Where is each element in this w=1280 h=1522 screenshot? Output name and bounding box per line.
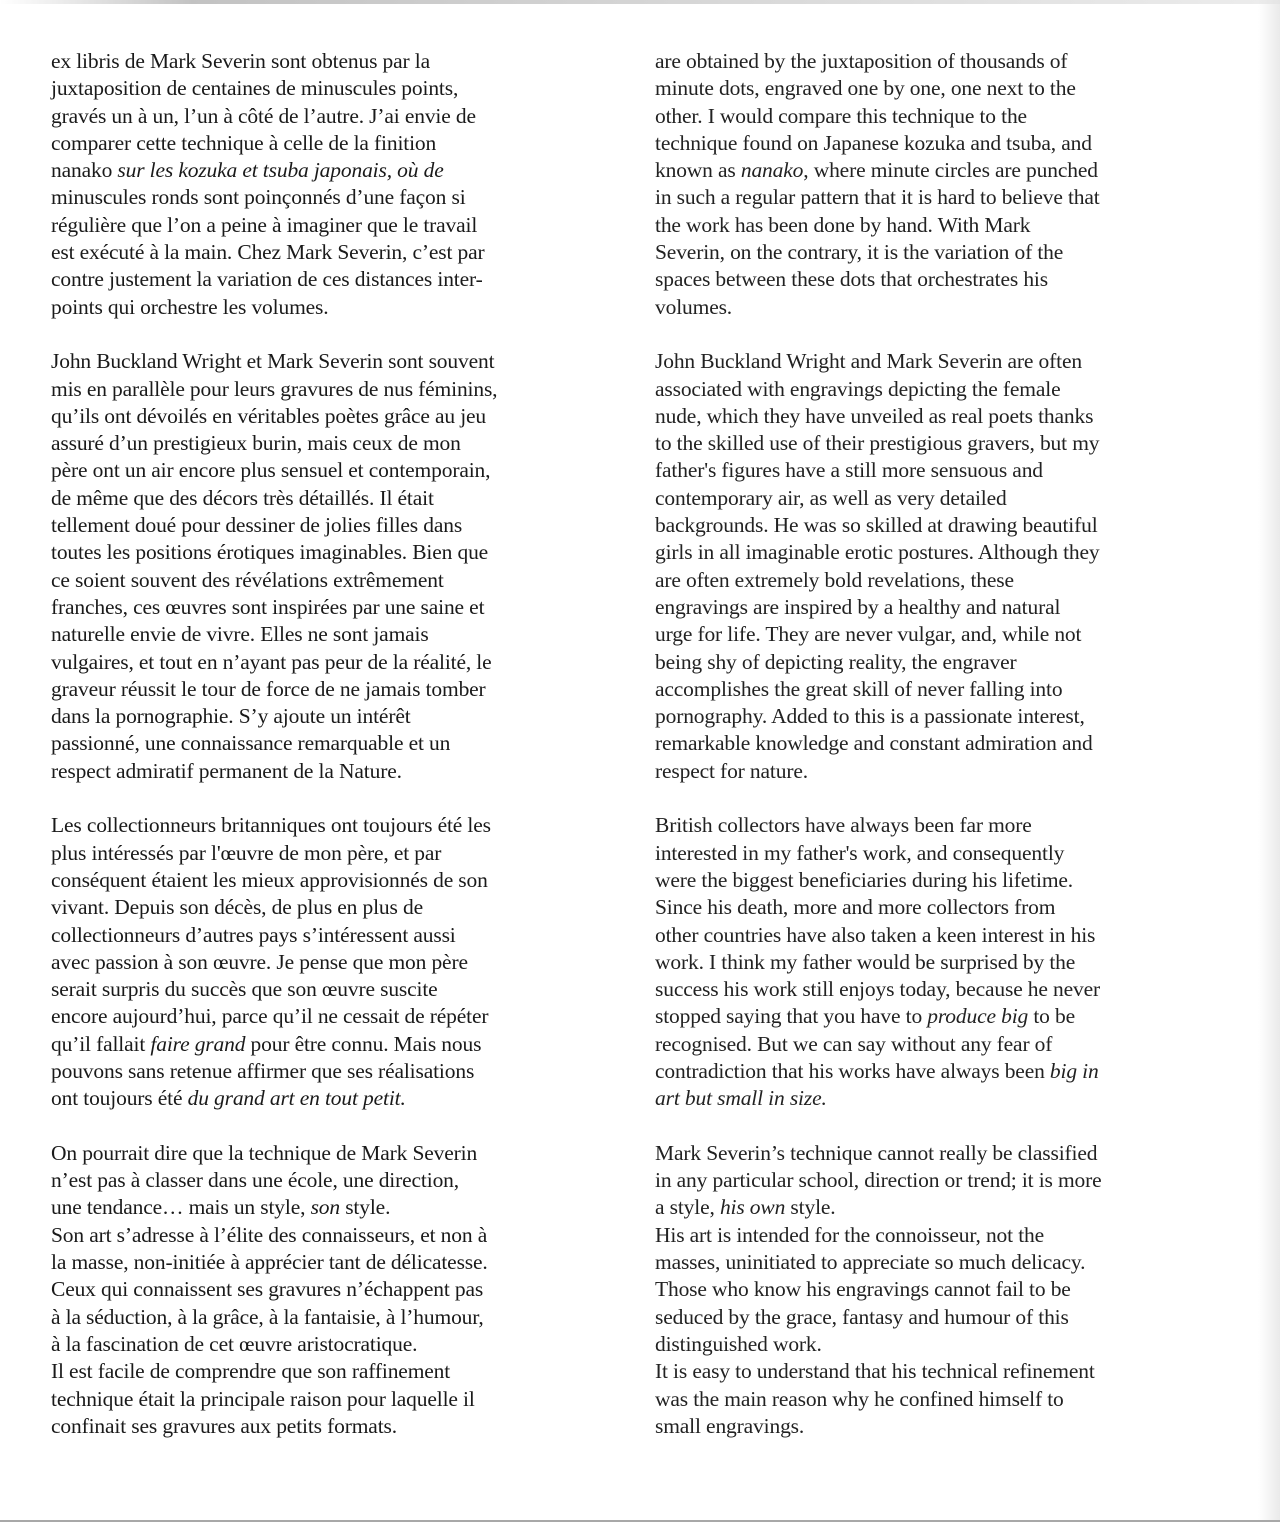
text-line: dans la pornographie. S’y ajoute un inté… [51,703,631,730]
text-line: British collectors have always been far … [655,812,1235,839]
text-line: Severin, on the contrary, it is the vari… [655,239,1235,266]
text-segment: known as [655,158,741,182]
text-line: graveur réussit le tour de force de ne j… [51,676,631,703]
text-line: being shy of depicting reality, the engr… [655,649,1235,676]
text-line: backgrounds. He was so skilled at drawin… [655,512,1235,539]
text-line: contemporary air, as well as very detail… [655,485,1235,512]
paragraph: ex libris de Mark Severin sont obtenus p… [51,48,631,321]
text-line: gravés un à un, l’un à côté de l’autre. … [51,103,631,130]
text-line: in any particular school, direction or t… [655,1167,1235,1194]
text-line: contre justement la variation de ces dis… [51,266,631,293]
italic-emphasis: art but small in size. [655,1086,827,1110]
text-line: minute dots, engraved one by one, one ne… [655,75,1235,102]
text-line: Son art s’adresse à l’élite des connaiss… [51,1222,631,1249]
paragraph-gap [655,1113,1235,1140]
text-line: confinait ses gravures aux petits format… [51,1413,631,1440]
italic-emphasis: du grand art en tout petit. [188,1086,406,1110]
paragraph: John Buckland Wright et Mark Severin son… [51,348,631,785]
text-line: ce soient souvent des révélations extrêm… [51,567,631,594]
text-line: naturelle envie de vivre. Elles ne sont … [51,621,631,648]
text-line: régulière que l’on a peine à imaginer qu… [51,212,631,239]
text-line: Il est facile de comprendre que son raff… [51,1358,631,1385]
text-line: other. I would compare this technique to… [655,103,1235,130]
text-line: are often extremely bold revelations, th… [655,567,1235,594]
text-line: avec passion à son œuvre. Je pense que m… [51,949,631,976]
text-segment: to be [1028,1004,1075,1028]
text-line: Mark Severin’s technique cannot really b… [655,1140,1235,1167]
text-line: John Buckland Wright and Mark Severin ar… [655,348,1235,375]
text-line: nanako sur les kozuka et tsuba japonais,… [51,157,631,184]
text-line: encore aujourd’hui, parce qu’il ne cessa… [51,1003,631,1030]
text-line: girls in all imaginable erotic postures.… [655,539,1235,566]
text-line: ont toujours été du grand art en tout pe… [51,1085,631,1112]
text-line: On pourrait dire que la technique de Mar… [51,1140,631,1167]
text-line: serait surpris du succès que son œuvre s… [51,976,631,1003]
text-line: seduced by the grace, fantasy and humour… [655,1304,1235,1331]
text-line: ex libris de Mark Severin sont obtenus p… [51,48,631,75]
text-line: qu’il fallait faire grand pour être conn… [51,1031,631,1058]
text-line: tellement doué pour dessiner de jolies f… [51,512,631,539]
text-line: père ont un air encore plus sensuel et c… [51,457,631,484]
text-line: volumes. [655,294,1235,321]
text-line: technique found on Japanese kozuka and t… [655,130,1235,157]
paragraph-gap [51,785,631,812]
text-segment: nanako [51,158,112,182]
paragraph: are obtained by the juxtaposition of tho… [655,48,1235,321]
text-segment: style. [785,1195,835,1219]
text-line: engravings are inspired by a healthy and… [655,594,1235,621]
text-line: Since his death, more and more collector… [655,894,1235,921]
text-line: associated with engravings depicting the… [655,376,1235,403]
text-line: recognised. But we can say without any f… [655,1031,1235,1058]
text-segment: qu’il fallait [51,1032,150,1056]
italic-emphasis: big in [1050,1059,1099,1083]
text-line: plus intéressés par l'œuvre de mon père,… [51,840,631,867]
text-line: a style, his own style. [655,1194,1235,1221]
text-line: est exécuté à la main. Chez Mark Severin… [51,239,631,266]
italic-emphasis: faire grand [150,1032,245,1056]
text-line: father's figures have a still more sensu… [655,457,1235,484]
text-line: It is easy to understand that his techni… [655,1358,1235,1385]
text-line: passionné, une connaissance remarquable … [51,730,631,757]
text-line: pornography. Added to this is a passiona… [655,703,1235,730]
text-line: other countries have also taken a keen i… [655,922,1235,949]
text-line: toutes les positions érotiques imaginabl… [51,539,631,566]
text-segment: a style, [655,1195,720,1219]
text-line: qu’ils ont dévoilés en véritables poètes… [51,403,631,430]
text-line: assuré d’un prestigieux burin, mais ceux… [51,430,631,457]
text-line: minuscules ronds sont poinçonnés d’une f… [51,184,631,211]
text-line: contradiction that his works have always… [655,1058,1235,1085]
text-line: in such a regular pattern that it is har… [655,184,1235,211]
text-segment: une tendance… mais un style, [51,1195,311,1219]
text-segment: stopped saying that you have to [655,1004,927,1028]
text-line: were the biggest beneficiaries during hi… [655,867,1235,894]
text-line: vivant. Depuis son décès, de plus en plu… [51,894,631,921]
text-line: une tendance… mais un style, son style. [51,1194,631,1221]
paragraph: John Buckland Wright and Mark Severin ar… [655,348,1235,785]
paragraph-gap [51,1113,631,1140]
text-line: the work has been done by hand. With Mar… [655,212,1235,239]
text-line: respect for nature. [655,758,1235,785]
text-segment: , where minute circles are punched [803,158,1098,182]
text-line: Les collectionneurs britanniques ont tou… [51,812,631,839]
text-line: la masse, non-initiée à apprécier tant d… [51,1249,631,1276]
text-line: comparer cette technique à celle de la f… [51,130,631,157]
text-line: small engravings. [655,1413,1235,1440]
text-line: collectionneurs d’autres pays s’intéress… [51,922,631,949]
text-line: masses, uninitiated to appreciate so muc… [655,1249,1235,1276]
text-line: vulgaires, et tout en n’ayant pas peur d… [51,649,631,676]
paragraph-gap [51,321,631,348]
text-line: known as nanako, where minute circles ar… [655,157,1235,184]
text-line: are obtained by the juxtaposition of tho… [655,48,1235,75]
text-line: John Buckland Wright et Mark Severin son… [51,348,631,375]
italic-emphasis: produce big [927,1004,1028,1028]
text-line: points qui orchestre les volumes. [51,294,631,321]
text-line: work. I think my father would be surpris… [655,949,1235,976]
text-line: spaces between these dots that orchestra… [655,266,1235,293]
paragraph-gap [655,321,1235,348]
text-line: His art is intended for the connoisseur,… [655,1222,1235,1249]
text-line: à la séduction, à la grâce, à la fantais… [51,1304,631,1331]
text-line: n’est pas à classer dans une école, une … [51,1167,631,1194]
text-line: art but small in size. [655,1085,1235,1112]
italic-emphasis: his own [720,1195,785,1219]
page-gutter-shadow [1258,0,1280,1522]
text-line: à la fascination de cet œuvre aristocrat… [51,1331,631,1358]
text-line: nude, which they have unveiled as real p… [655,403,1235,430]
paragraph: Mark Severin’s technique cannot really b… [655,1140,1235,1440]
paragraph: British collectors have always been far … [655,812,1235,1112]
text-line: Those who know his engravings cannot fai… [655,1276,1235,1303]
paragraph: On pourrait dire que la technique de Mar… [51,1140,631,1440]
text-line: respect admiratif permanent de la Nature… [51,758,631,785]
text-line: technique était la principale raison pou… [51,1386,631,1413]
paragraph-gap [655,785,1235,812]
text-line: de même que des décors très détaillés. I… [51,485,631,512]
text-line: remarkable knowledge and constant admira… [655,730,1235,757]
text-segment: ont toujours été [51,1086,188,1110]
text-line: was the main reason why he confined hims… [655,1386,1235,1413]
text-segment: contradiction that his works have always… [655,1059,1050,1083]
italic-emphasis: sur les kozuka et tsuba japonais, où de [112,158,443,182]
text-line: success his work still enjoys today, bec… [655,976,1235,1003]
text-line: conséquent étaient les mieux approvision… [51,867,631,894]
french-text-column: ex libris de Mark Severin sont obtenus p… [51,48,631,1440]
english-text-column: are obtained by the juxtaposition of tho… [655,48,1235,1440]
text-line: stopped saying that you have to produce … [655,1003,1235,1030]
text-segment: pour être connu. Mais nous [245,1032,481,1056]
text-line: juxtaposition de centaines de minuscules… [51,75,631,102]
italic-emphasis: nanako [741,158,803,182]
text-line: mis en parallèle pour leurs gravures de … [51,376,631,403]
paragraph: Les collectionneurs britanniques ont tou… [51,812,631,1112]
text-line: franches, ces œuvres sont inspirées par … [51,594,631,621]
text-line: interested in my father's work, and cons… [655,840,1235,867]
text-line: Ceux qui connaissent ses gravures n’écha… [51,1276,631,1303]
italic-emphasis: son [311,1195,340,1219]
text-line: distinguished work. [655,1331,1235,1358]
page-top-edge [0,0,1280,4]
text-segment: style. [340,1195,390,1219]
text-line: accomplishes the great skill of never fa… [655,676,1235,703]
text-line: urge for life. They are never vulgar, an… [655,621,1235,648]
text-line: pouvons sans retenue affirmer que ses ré… [51,1058,631,1085]
text-line: to the skilled use of their prestigious … [655,430,1235,457]
